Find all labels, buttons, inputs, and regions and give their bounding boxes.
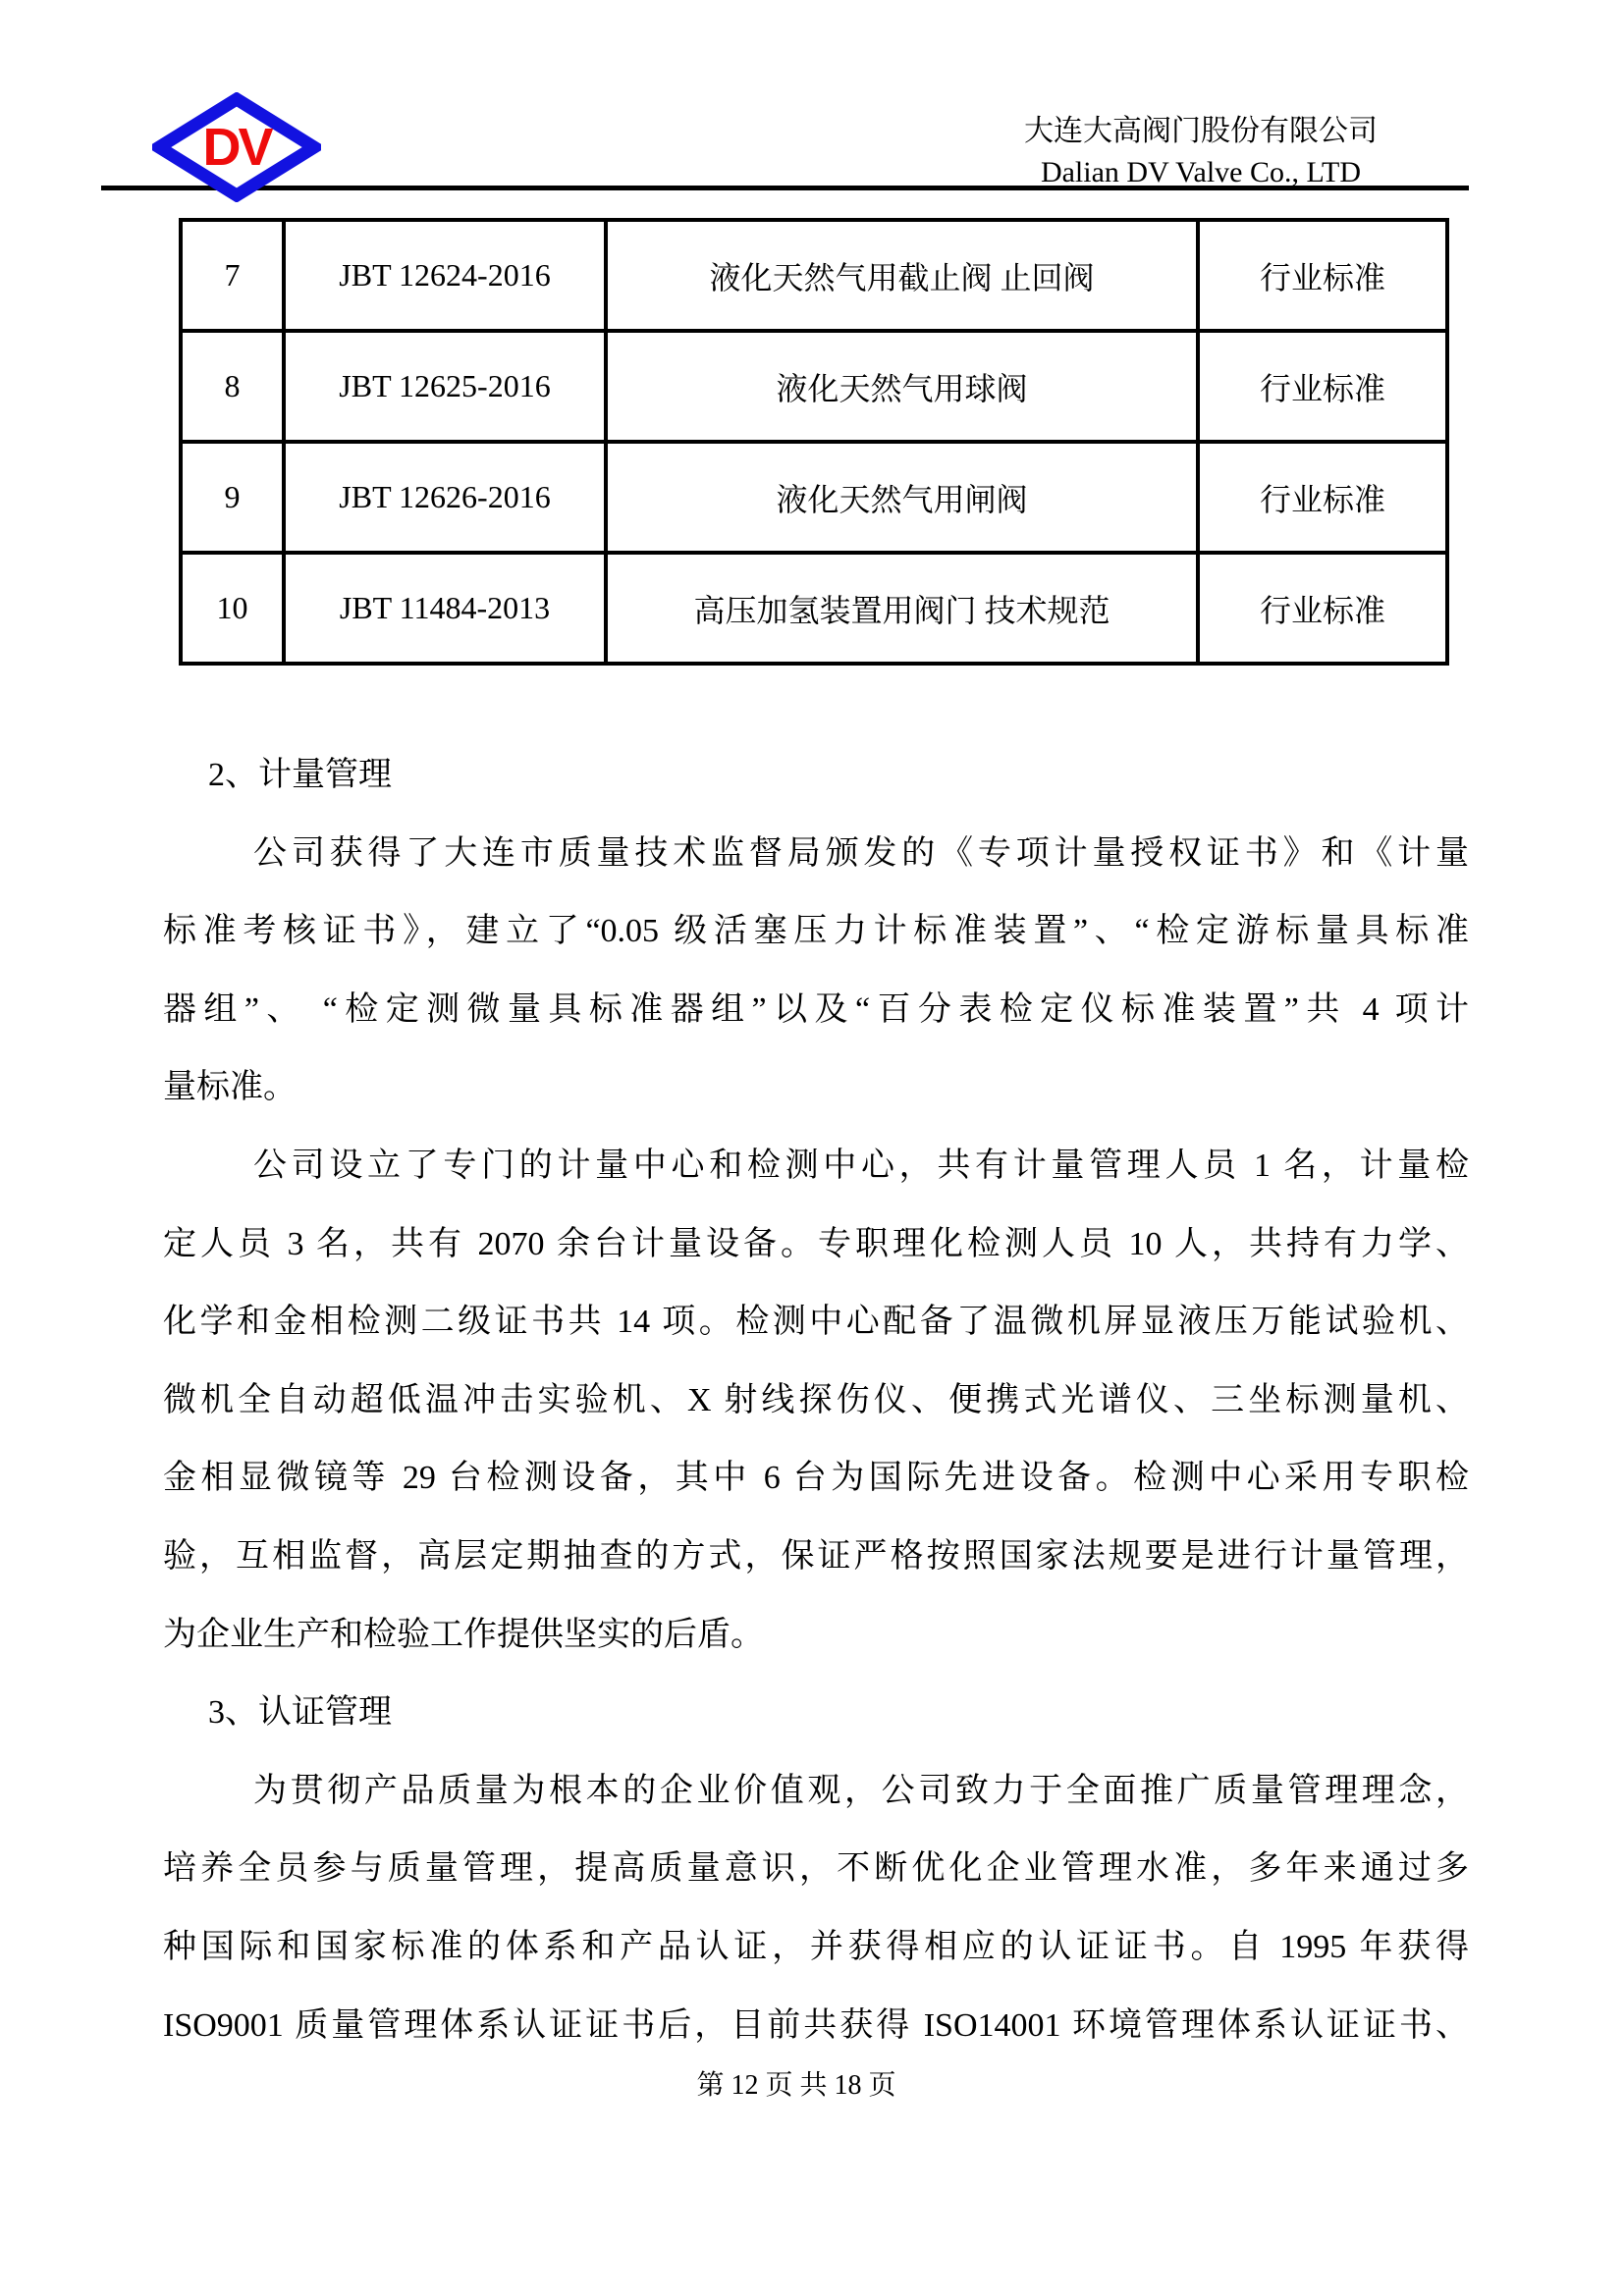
cell-std-code: JBT 11484-2013 [284, 553, 606, 664]
cell-std-type: 行业标准 [1198, 220, 1447, 331]
dv-logo-text: DV [202, 118, 273, 177]
cell-std-code: JBT 12625-2016 [284, 331, 606, 442]
paragraph-line: ISO9001 质量管理体系认证证书后，目前共获得 ISO14001 环境管理体… [163, 1987, 1469, 2065]
cell-seq: 10 [181, 553, 284, 664]
paragraph-line: 微机全自动超低温冲击实验机、X 射线探伤仪、便携式光谱仪、三坐标测量机、 [163, 1362, 1469, 1440]
cell-std-type: 行业标准 [1198, 331, 1447, 442]
paragraph-line: 化学和金相检测二级证书共 14 项。检测中心配备了温微机屏显液压万能试验机、 [163, 1283, 1469, 1362]
section-heading: 3、认证管理 [163, 1674, 1469, 1752]
table-row: 10 JBT 11484-2013 高压加氢装置用阀门 技术规范 行业标准 [181, 553, 1447, 664]
dv-logo: DV [152, 92, 321, 202]
company-header: 大连大高阀门股份有限公司 Dalian DV Valve Co., LTD [1024, 110, 1378, 192]
cell-std-type: 行业标准 [1198, 442, 1447, 553]
cell-std-name: 液化天然气用闸阀 [606, 442, 1198, 553]
cell-std-code: JBT 12624-2016 [284, 220, 606, 331]
cell-seq: 7 [181, 220, 284, 331]
table-row: 9 JBT 12626-2016 液化天然气用闸阀 行业标准 [181, 442, 1447, 553]
paragraph-line: 金相显微镜等 29 台检测设备，其中 6 台为国际先进设备。检测中心采用专职检 [163, 1439, 1469, 1518]
paragraph-line: 公司获得了大连市质量技术监督局颁发的《专项计量授权证书》和《计量 [163, 815, 1469, 893]
paragraph-line: 种国际和国家标准的体系和产品认证，并获得相应的认证证书。自 1995 年获得 [163, 1908, 1469, 1987]
paragraph-line: 器组”、 “检定测微量具标准器组”以及“百分表检定仪标准装置”共 4 项计 [163, 971, 1469, 1049]
standards-table: 7 JBT 12624-2016 液化天然气用截止阀 止回阀 行业标准 8 JB… [179, 218, 1449, 666]
paragraph-line: 标准考核证书》，建立了“0.05 级活塞压力计标准装置”、“检定游标量具标准 [163, 892, 1469, 971]
paragraph-line: 定人员 3 名，共有 2070 余台计量设备。专职理化检测人员 10 人，共持有… [163, 1205, 1469, 1284]
body-text: 2、计量管理 公司获得了大连市质量技术监督局颁发的《专项计量授权证书》和《计量 … [163, 736, 1469, 2064]
cell-seq: 9 [181, 442, 284, 553]
table-row: 8 JBT 12625-2016 液化天然气用球阀 行业标准 [181, 331, 1447, 442]
paragraph-line: 量标准。 [163, 1048, 1469, 1127]
paragraph-line: 验，互相监督，高层定期抽查的方式，保证严格按照国家法规要是进行计量管理， [163, 1518, 1469, 1596]
cell-std-name: 高压加氢装置用阀门 技术规范 [606, 553, 1198, 664]
page-number: 第 12 页 共 18 页 [153, 2061, 1439, 2110]
paragraph-line: 公司设立了专门的计量中心和检测中心，共有计量管理人员 1 名，计量检 [163, 1127, 1469, 1205]
paragraph-line: 为贯彻产品质量为根本的企业价值观，公司致力于全面推广质量管理理念， [163, 1752, 1469, 1831]
cell-std-type: 行业标准 [1198, 553, 1447, 664]
cell-std-code: JBT 12626-2016 [284, 442, 606, 553]
table-row: 7 JBT 12624-2016 液化天然气用截止阀 止回阀 行业标准 [181, 220, 1447, 331]
company-name-en: Dalian DV Valve Co., LTD [1024, 153, 1378, 192]
paragraph-line: 培养全员参与质量管理，提高质量意识，不断优化企业管理水准，多年来通过多 [163, 1830, 1469, 1908]
cell-std-name: 液化天然气用球阀 [606, 331, 1198, 442]
cell-std-name: 液化天然气用截止阀 止回阀 [606, 220, 1198, 331]
company-name-cn: 大连大高阀门股份有限公司 [1024, 110, 1378, 153]
document-page: DV 大连大高阀门股份有限公司 Dalian DV Valve Co., LTD… [0, 0, 1624, 2296]
paragraph-line: 为企业生产和检验工作提供坚实的后盾。 [163, 1596, 1469, 1675]
section-heading: 2、计量管理 [163, 736, 1469, 815]
cell-seq: 8 [181, 331, 284, 442]
